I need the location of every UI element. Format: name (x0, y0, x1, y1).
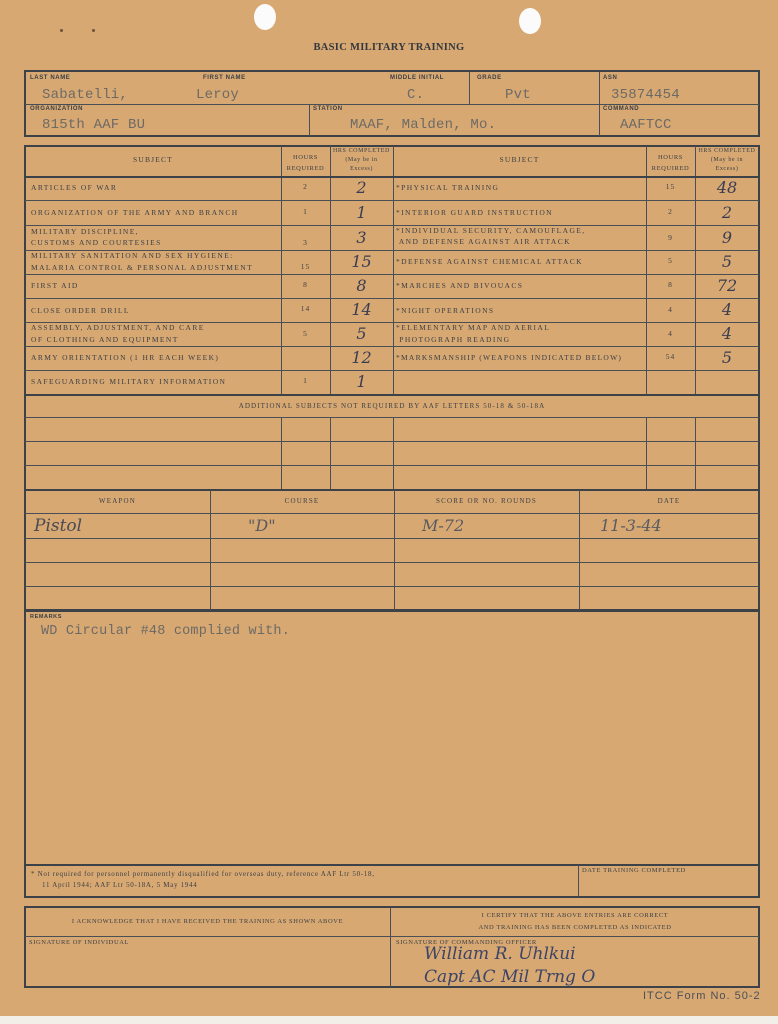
hours-completed: 4 (695, 300, 759, 319)
subject-name: *ELEMENTARY MAP AND AERIAL (396, 322, 550, 334)
divider (578, 865, 579, 897)
subject-name: *PHYSICAL TRAINING (396, 182, 499, 194)
subject-name: *DEFENSE AGAINST CHEMICAL ATTACK (396, 256, 583, 268)
hours-required: 8 (281, 280, 330, 289)
subject-name: *MARCHES AND BIVOUACS (396, 280, 523, 292)
divider (210, 490, 211, 610)
subject-name: ASSEMBLY, ADJUSTMENT, AND CARE (31, 322, 205, 334)
divider (646, 418, 647, 490)
header-text: (May be in (695, 156, 759, 165)
form-title: BASIC MILITARY TRAINING (0, 42, 778, 53)
divider (25, 513, 759, 514)
divider (309, 104, 310, 136)
staple-mark (92, 29, 95, 32)
hours-completed: 8 (330, 276, 393, 295)
hrs-completed-header-left: HRS COMPLETED (May be in Excess) (330, 147, 393, 174)
officer-signature: William R. Uhlkui (424, 944, 576, 964)
remarks-text: WD Circular #48 complied with. (41, 624, 290, 639)
subject-header-right: SUBJECT (393, 155, 646, 164)
divider (25, 538, 759, 539)
date-header: DATE (579, 497, 759, 505)
subject-name: *INTERIOR GUARD INSTRUCTION (396, 207, 553, 219)
divider (25, 562, 759, 563)
score-header: SCORE OR NO. ROUNDS (394, 497, 579, 505)
score-value: M-72 (422, 516, 464, 535)
additional-subjects-header: ADDITIONAL SUBJECTS NOT REQUIRED BY AAF … (25, 402, 759, 410)
subject-name: CLOSE ORDER DRILL (31, 305, 130, 317)
divider (281, 418, 282, 490)
hours-completed: 9 (695, 228, 759, 247)
divider (393, 146, 394, 394)
header-text: HOURS (281, 152, 330, 163)
header-text: REQUIRED (281, 163, 330, 174)
hours-required: 4 (646, 305, 695, 314)
divider (599, 72, 600, 136)
hours-completed: 15 (330, 252, 393, 271)
divider (25, 586, 759, 587)
subject-name: *MARKSMANSHIP (WEAPONS INDICATED BELOW) (396, 352, 622, 364)
divider (390, 907, 391, 987)
hours-required: 3 (281, 238, 330, 247)
hours-required: 5 (646, 256, 695, 265)
command-label: COMMAND (603, 106, 639, 112)
hours-required: 2 (646, 207, 695, 216)
header-text: Excess) (695, 165, 759, 174)
header-text: (May be in (330, 156, 393, 165)
grade-value: Pvt (505, 87, 531, 103)
hours-completed: 1 (330, 203, 393, 222)
subject-name: ORGANIZATION OF THE ARMY AND BRANCH (31, 207, 239, 219)
hours-completed: 5 (695, 252, 759, 271)
subject-name-line-2: MALARIA CONTROL & PERSONAL ADJUSTMENT (31, 262, 253, 274)
divider (330, 418, 331, 490)
subject-header-left: SUBJECT (25, 155, 281, 164)
hours-completed: 72 (695, 276, 759, 295)
asn-value: 35874454 (611, 87, 680, 103)
acknowledge-statement: I ACKNOWLEDGE THAT I HAVE RECEIVED THE T… (25, 918, 390, 925)
remarks-label: REMARKS (30, 614, 62, 620)
divider (394, 490, 395, 610)
divider (579, 490, 580, 610)
first-name-label: FIRST NAME (203, 75, 246, 81)
hours-completed: 5 (695, 348, 759, 367)
divider (393, 418, 394, 490)
command-value: AAFTCC (620, 117, 672, 133)
punch-hole-left (254, 4, 276, 30)
divider (25, 489, 759, 491)
hours-completed: 3 (330, 228, 393, 247)
subject-name: FIRST AID (31, 280, 79, 292)
header-text: HRS COMPLETED (330, 147, 393, 156)
asn-label: ASN (603, 75, 617, 81)
footnote-line-1: * Not required for personnel permanently… (31, 870, 375, 878)
subject-name: ARMY ORIENTATION (1 HR EACH WEEK) (31, 352, 219, 364)
remarks-section (24, 610, 760, 866)
divider (25, 346, 759, 347)
divider (25, 936, 759, 937)
hours-required: 15 (646, 182, 695, 191)
course-header: COURSE (210, 497, 394, 505)
header-text: HRS COMPLETED (695, 147, 759, 156)
subject-name-line-2: AND DEFENSE AGAINST AIR ATTACK (396, 236, 571, 248)
hours-required: 4 (646, 329, 695, 338)
station-label: STATION (313, 106, 343, 112)
divider (469, 72, 470, 104)
divider (695, 418, 696, 490)
last-name-label: LAST NAME (30, 75, 70, 81)
hours-completed: 2 (330, 178, 393, 197)
hours-required: 5 (281, 329, 330, 338)
header-text: HOURS (646, 152, 695, 163)
hours-required: 15 (281, 262, 330, 271)
hours-required-header-right: HOURS REQUIRED (646, 152, 695, 174)
scan-edge (0, 1016, 778, 1024)
hours-completed: 48 (695, 178, 759, 197)
divider (25, 417, 759, 418)
hours-required: 8 (646, 280, 695, 289)
divider (25, 370, 759, 371)
hours-required-header-left: HOURS REQUIRED (281, 152, 330, 174)
subject-name-line-2: CUSTOMS AND COURTESIES (31, 237, 162, 249)
hrs-completed-header-right: HRS COMPLETED (May be in Excess) (695, 147, 759, 174)
organization-label: ORGANIZATION (30, 106, 83, 112)
hours-required: 1 (281, 376, 330, 385)
hours-required: 1 (281, 207, 330, 216)
certify-statement-line-2: AND TRAINING HAS BEEN COMPLETED AS INDIC… (391, 924, 759, 931)
form-number: ITCC Form No. 50-2 (643, 990, 761, 1002)
staple-mark (60, 29, 63, 32)
hours-required: 54 (646, 352, 695, 361)
divider (25, 465, 759, 466)
officer-title-signature: Capt AC Mil Trng O (424, 967, 595, 987)
station-value: MAAF, Malden, Mo. (350, 117, 496, 133)
divider (25, 441, 759, 442)
hours-required: 14 (281, 304, 330, 313)
hours-completed: 5 (330, 324, 393, 343)
hours-completed: 12 (330, 348, 393, 367)
header-text: REQUIRED (646, 163, 695, 174)
weapon-header: WEAPON (25, 497, 210, 505)
hours-required: 2 (281, 182, 330, 191)
subject-name-line-2: OF CLOTHING AND EQUIPMENT (31, 334, 179, 346)
hours-required: 9 (646, 233, 695, 242)
subject-name-line-2: PHOTOGRAPH READING (396, 334, 510, 346)
date-value: 11-3-44 (600, 516, 662, 535)
divider (25, 104, 759, 105)
footnote-line-2: 11 April 1944; AAF Ltr 50-18A, 5 May 194… (42, 881, 197, 889)
hours-completed: 2 (695, 203, 759, 222)
header-text: Excess) (330, 165, 393, 174)
divider (25, 394, 759, 396)
hours-completed: 4 (695, 324, 759, 343)
punch-hole-right (519, 8, 541, 34)
grade-label: GRADE (477, 75, 502, 81)
first-name-value: Leroy (196, 87, 239, 103)
subject-name: *NIGHT OPERATIONS (396, 305, 494, 317)
middle-initial-label: MIDDLE INITIAL (390, 75, 444, 81)
document-page: BASIC MILITARY TRAINING LAST NAME FIRST … (0, 0, 778, 1024)
hours-completed: 14 (330, 300, 393, 319)
signature-of-individual-label: SIGNATURE OF INDIVIDUAL (29, 939, 129, 946)
certify-statement-line-1: I CERTIFY THAT THE ABOVE ENTRIES ARE COR… (391, 912, 759, 919)
organization-value: 815th AAF BU (42, 117, 145, 133)
subject-name: MILITARY SANITATION AND SEX HYGIENE: (31, 250, 234, 262)
divider (25, 274, 759, 275)
hours-completed: 1 (330, 372, 393, 391)
divider (25, 200, 759, 201)
course-value: "D" (248, 516, 276, 535)
subject-name: SAFEGUARDING MILITARY INFORMATION (31, 376, 226, 388)
middle-initial-value: C. (407, 87, 424, 103)
subject-name: ARTICLES OF WAR (31, 182, 117, 194)
divider (25, 298, 759, 299)
last-name-value: Sabatelli, (42, 87, 128, 103)
weapon-value: Pistol (34, 516, 82, 536)
date-training-completed-label: DATE TRAINING COMPLETED (582, 867, 686, 874)
